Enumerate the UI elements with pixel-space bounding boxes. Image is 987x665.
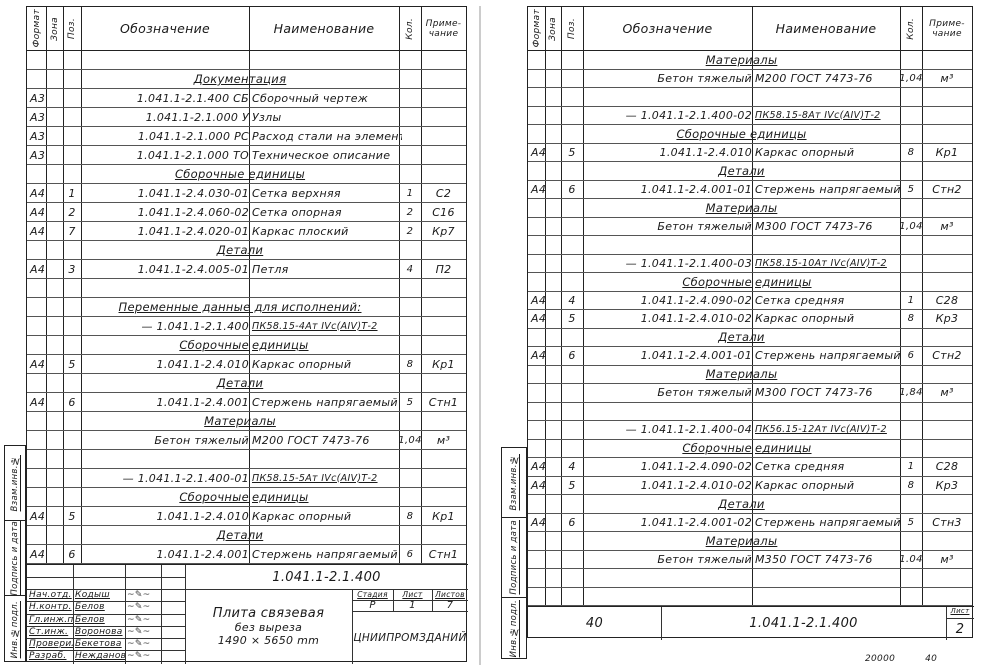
cell-designation: 1.041.1-2.4.010-02	[583, 477, 756, 495]
stamp-role: Разраб.	[29, 650, 73, 662]
cell-name: Сетка средняя	[752, 292, 903, 310]
section-heading-row: Сборочныеединицы	[528, 440, 972, 459]
cell-pos	[63, 89, 81, 107]
cell-note: м³	[421, 431, 466, 449]
table-row: А461.041.1-2.4.001-01Стержень напрягаемы…	[528, 181, 972, 200]
cell-zone	[46, 507, 63, 525]
section-heading: Материалы	[583, 199, 900, 217]
cell-qty	[399, 146, 421, 164]
cell-qty: 1,04	[900, 218, 922, 236]
cell-name: Стержень напрягаемый	[752, 181, 903, 199]
section-heading-text: Детали	[718, 497, 764, 511]
cell-zone	[46, 431, 63, 449]
signature: ~✎~	[127, 626, 151, 638]
cell-name: М300 ГОСТ 7473-76	[752, 384, 903, 402]
cell-name: Петля	[249, 260, 402, 278]
section-heading: Материалы	[583, 51, 900, 69]
blank-row	[528, 403, 972, 422]
cell-pos: 5	[63, 507, 81, 525]
section-heading-text: Детали	[718, 330, 764, 344]
cell-qty	[399, 469, 421, 487]
cell-note: м³	[922, 218, 972, 236]
cell-zone	[545, 551, 561, 569]
section-heading-row: Сборочныеединицы	[27, 336, 466, 355]
cell-designation: 1.041.1-2.4.001-01	[583, 181, 756, 199]
cell-zone	[46, 127, 63, 145]
cell-zone	[46, 146, 63, 164]
table-row: А441.041.1-2.4.090-02Сетка средняя1С28	[528, 458, 972, 477]
cell-designation: 1.041.1-2.4.090-02	[583, 292, 756, 310]
section-heading: Детали	[583, 162, 900, 180]
section-heading-text: единицы	[755, 275, 812, 289]
header-format-label: Формат	[532, 9, 542, 47]
section-heading-row: Материалы	[528, 51, 972, 70]
cell-note	[421, 469, 466, 487]
section-heading-row: Сборочные единицы	[27, 165, 466, 184]
cell-designation: 1.041.1-2.1.000 У	[81, 108, 253, 126]
cell-pos: 1	[63, 184, 81, 202]
section-heading-left: Сборочные	[81, 488, 253, 506]
cell-pos: 6	[561, 181, 583, 199]
cell-name: Каркас опорный	[752, 144, 903, 162]
footer-document-code: 1.041.1-2.1.400	[661, 607, 946, 640]
cell-zone	[46, 469, 63, 487]
cell-name: Стержень напрягаемый	[752, 347, 903, 365]
side-stamp-label: Подпись и дата	[509, 520, 519, 595]
cell-qty: 5	[399, 393, 421, 411]
section-heading-text: Детали	[217, 243, 263, 257]
cell-qty: 8	[399, 507, 421, 525]
cell-designation: Бетон тяжелый	[583, 551, 756, 569]
table-row: А461.041.1-2.4.001Стержень напрягаемый5С…	[27, 393, 466, 412]
section-heading-text: Материалы	[706, 534, 778, 548]
cell-name: Узлы	[249, 108, 402, 126]
cell-name: Сборочный чертеж	[249, 89, 402, 107]
footer-left-code: 40	[528, 607, 661, 640]
cell-designation: 1.041.1-2.4.001-02	[583, 514, 756, 532]
cell-note: м³	[922, 384, 972, 402]
section-heading-text: Материалы	[706, 201, 778, 215]
section-heading-right: единицы	[752, 440, 903, 458]
table-row: А31.041.1-2.1.400 СБСборочный чертеж	[27, 89, 466, 108]
cell-qty: 8	[900, 144, 922, 162]
cell-note	[421, 89, 466, 107]
cell-name: Каркас плоский	[249, 222, 402, 240]
section-heading: Детали	[81, 374, 399, 392]
cell-note	[922, 255, 972, 273]
cell-pos: 4	[561, 292, 583, 310]
section-heading-left: Сборочные	[583, 440, 756, 458]
cell-qty: 8	[900, 310, 922, 328]
cell-zone	[46, 222, 63, 240]
stamp-role: Нач.отд.	[29, 589, 73, 601]
signature: ~✎~	[127, 638, 151, 650]
table-row: Бетон тяжелыйМ200 ГОСТ 7473-761,04м³	[528, 70, 972, 89]
spec-sheet-page-2: ФорматЗонаПоз.ОбозначениеНаименованиеКол…	[480, 0, 987, 665]
cell-name: М200 ГОСТ 7473-76	[249, 431, 402, 449]
cell-name: ПК58.15-5Ат IVс(АIV)Т-2	[249, 469, 402, 487]
table-row: А451.041.1-2.4.010Каркас опорный8Кр1	[528, 144, 972, 163]
section-heading-text: Сборочные	[179, 338, 249, 352]
section-heading: Переменные данные для исполнений:	[81, 298, 399, 316]
cell-note: Кр3	[922, 477, 972, 495]
header-pos: Поз.	[561, 7, 583, 50]
cell-name: Сетка средняя	[752, 458, 903, 476]
cell-name: Расход стали на элемент	[249, 127, 402, 145]
section-heading-row: Материалы	[27, 412, 466, 431]
section-heading-text: Материалы	[204, 414, 276, 428]
signature: ~✎~	[127, 601, 151, 613]
table-row: А451.041.1-2.4.010Каркас опорный8Кр1	[27, 355, 466, 374]
cell-pos: 5	[63, 355, 81, 373]
stamp-sheet-label: Лист	[393, 589, 432, 600]
cell-pos: 2	[63, 203, 81, 221]
blank-row	[528, 236, 972, 255]
table-row: — 1.041.1-2.1.400-02ПК58.15-8Ат IVс(АIV)…	[528, 107, 972, 126]
cell-qty: 1	[399, 184, 421, 202]
cell-zone	[545, 477, 561, 495]
side-stamp-label: Взам.инв.№	[10, 455, 20, 511]
header-designation: Обозначение	[81, 7, 249, 50]
side-stamp-strip: Взам.инв.№Подпись и датаИнв.№подл.	[501, 447, 527, 659]
table-row: А461.041.1-2.4.001-01Стержень напрягаемы…	[528, 347, 972, 366]
cell-name: ПК58.15-8Ат IVс(АIV)Т-2	[752, 107, 903, 125]
footer-sheet-number: 2	[946, 618, 974, 640]
header-zone: Зона	[46, 7, 63, 50]
cell-pos	[63, 317, 81, 335]
table-row: — 1.041.1-2.1.400-04ПК56.15-12Ат IVс(АIV…	[528, 421, 972, 440]
cell-name: Стержень напрягаемый	[249, 545, 402, 563]
section-heading-text: Переменные данные для исполнений:	[119, 300, 362, 314]
stamp-surname: Нежданова	[75, 650, 125, 662]
cell-qty: 1	[900, 292, 922, 310]
header-pos-label: Поз.	[567, 18, 577, 39]
header-format-label: Формат	[32, 9, 42, 47]
table-row: Бетон тяжелыйМ350 ГОСТ 7473-761.04м³	[528, 551, 972, 570]
section-heading-row: Материалы	[528, 532, 972, 551]
cell-note: П2	[421, 260, 466, 278]
section-heading-text: Сборочные	[682, 275, 752, 289]
cell-qty: 1.04	[900, 551, 922, 569]
cell-qty: 8	[900, 477, 922, 495]
section-heading-text: единицы	[252, 338, 309, 352]
section-heading-row: Материалы	[528, 199, 972, 218]
table-row: А441.041.1-2.4.090-02Сетка средняя1С28	[528, 292, 972, 311]
cell-qty	[399, 108, 421, 126]
table-row: А461.041.1-2.4.001Стержень напрягаемый6С…	[27, 545, 466, 564]
stamp-sheets-label: Листов	[432, 589, 468, 600]
cell-pos	[561, 384, 583, 402]
header-qty: Кол.	[900, 7, 922, 50]
cell-designation: 1.041.1-2.4.001	[81, 393, 253, 411]
spec-table-page-2: ФорматЗонаПоз.ОбозначениеНаименованиеКол…	[527, 6, 973, 638]
cell-note: С28	[922, 292, 972, 310]
blank-row	[528, 88, 972, 107]
cell-name: Стержень напрягаемый	[249, 393, 402, 411]
table-header: ФорматЗонаПоз.ОбозначениеНаименованиеКол…	[528, 7, 972, 51]
cell-designation: — 1.041.1-2.1.400-04	[583, 421, 756, 439]
cell-qty: 5	[900, 181, 922, 199]
section-heading-text: Сборочные единицы	[676, 127, 806, 141]
cell-qty	[399, 127, 421, 145]
section-heading-text: Детали	[718, 164, 764, 178]
cell-designation: 1.041.1-2.4.010	[81, 355, 253, 373]
table-row: А421.041.1-2.4.060-02Сетка опорная2С16	[27, 203, 466, 222]
cell-note: Стн2	[922, 181, 972, 199]
section-heading-text: единицы	[252, 490, 309, 504]
side-stamp-label: Взам.инв.№	[509, 454, 519, 510]
table-row: — 1.041.1-2.1.400-01ПК58.15-5Ат IVс(АIV)…	[27, 469, 466, 488]
stamp-surname: Бекетова	[75, 638, 125, 650]
document-code: 1.041.1-2.1.400	[185, 565, 468, 589]
cell-designation: — 1.041.1-2.1.400	[81, 317, 253, 335]
section-heading-row: Детали	[27, 241, 466, 260]
side-stamp-cell: Взам.инв.№	[5, 446, 25, 521]
cell-qty: 6	[900, 347, 922, 365]
header-pos: Поз.	[63, 7, 81, 50]
cell-pos	[63, 108, 81, 126]
cell-designation: 1.041.1-2.4.010	[81, 507, 253, 525]
cell-zone	[545, 421, 561, 439]
stamp-stage-value: Р	[352, 600, 393, 611]
section-heading-right: единицы	[249, 488, 402, 506]
cell-designation: 1.041.1-2.4.010-02	[583, 310, 756, 328]
section-heading-row: Материалы	[528, 366, 972, 385]
stamp-row-line	[27, 577, 185, 578]
table-row: Бетон тяжелыйМ300 ГОСТ 7473-761,04м³	[528, 218, 972, 237]
side-stamp-label: Инв.№подл.	[10, 601, 20, 658]
cell-designation: 1.041.1-2.4.005-01	[81, 260, 253, 278]
section-heading: Детали	[81, 526, 399, 544]
cell-pos: 6	[63, 545, 81, 563]
cell-qty	[900, 255, 922, 273]
cell-zone	[46, 184, 63, 202]
section-heading-text: Сборочные единицы	[175, 167, 305, 181]
blank-row	[528, 569, 972, 588]
section-heading-row: Детали	[27, 374, 466, 393]
header-name: Наименование	[249, 7, 399, 50]
blank-row	[27, 279, 466, 298]
cell-note	[922, 107, 972, 125]
cell-designation: 1.041.1-2.4.090-02	[583, 458, 756, 476]
cell-designation: Бетон тяжелый	[81, 431, 253, 449]
stamp-stage-label: Стадия	[352, 589, 393, 600]
stamp-surname: Кодыш	[75, 589, 125, 601]
cell-note: м³	[922, 70, 972, 88]
cell-designation: Бетон тяжелый	[583, 70, 756, 88]
stamp-role: Н.контр.	[29, 601, 73, 613]
section-heading-row: Сборочныеединицы	[528, 273, 972, 292]
cell-note	[421, 127, 466, 145]
cell-designation: 1.041.1-2.1.000 ТО	[81, 146, 253, 164]
section-heading-text: Детали	[217, 528, 263, 542]
stamp-sheets-value: 7	[432, 600, 468, 611]
table-row: — 1.041.1-2.1.400-03ПК58.15-10Ат IVс(АIV…	[528, 255, 972, 274]
cell-note: м³	[922, 551, 972, 569]
cell-qty: 2	[399, 222, 421, 240]
side-stamp-cell: Инв.№подл.	[502, 598, 526, 660]
cell-pos: 7	[63, 222, 81, 240]
cell-qty	[900, 107, 922, 125]
organization: ЦНИИПРОМЗДАНИЙ	[352, 611, 468, 664]
section-heading-right: единицы	[752, 273, 903, 291]
section-heading: Сборочные единицы	[583, 125, 900, 143]
cell-designation: 1.041.1-2.4.010	[583, 144, 756, 162]
section-heading-row: Детали	[27, 526, 466, 545]
cell-note: Стн1	[421, 545, 466, 563]
cell-name: ПК58.15-10Ат IVс(АIV)Т-2	[752, 255, 903, 273]
cell-pos: 3	[63, 260, 81, 278]
cell-note	[421, 108, 466, 126]
cell-pos	[561, 107, 583, 125]
section-heading-text: Детали	[217, 376, 263, 390]
cell-zone	[545, 347, 561, 365]
header-format: Формат	[27, 7, 46, 50]
cell-designation: 1.041.1-2.4.001-01	[583, 347, 756, 365]
cell-pos: 5	[561, 144, 583, 162]
stamp-role: Ст.инж.	[29, 626, 73, 638]
cell-zone	[46, 317, 63, 335]
section-heading-text: Сборочные	[682, 441, 752, 455]
cell-qty: 2	[399, 203, 421, 221]
cell-name: М350 ГОСТ 7473-76	[752, 551, 903, 569]
table-row: А471.041.1-2.4.020-01Каркас плоский2Кр7	[27, 222, 466, 241]
table-row: Бетон тяжелыйМ200 ГОСТ 7473-761,04м³	[27, 431, 466, 450]
cell-zone	[46, 108, 63, 126]
header-qty: Кол.	[399, 7, 421, 50]
cell-zone	[545, 181, 561, 199]
cell-designation: 1.041.1-2.4.020-01	[81, 222, 253, 240]
cell-name: М200 ГОСТ 7473-76	[752, 70, 903, 88]
cell-zone	[545, 514, 561, 532]
header-format: Формат	[528, 7, 545, 50]
header-designation-label: Обозначение	[120, 21, 210, 36]
spec-sheet-page-1: ФорматЗонаПоз.ОбозначениеНаименованиеКол…	[0, 0, 479, 665]
cell-note: С2	[421, 184, 466, 202]
cell-zone	[545, 218, 561, 236]
cell-designation: 1.041.1-2.1.000 РС	[81, 127, 253, 145]
stamp-role: Проверил	[29, 638, 73, 650]
cell-name: Каркас опорный	[752, 477, 903, 495]
cell-pos	[561, 551, 583, 569]
cell-designation: — 1.041.1-2.1.400-01	[81, 469, 253, 487]
cell-zone	[545, 107, 561, 125]
section-heading: Детали	[583, 495, 900, 513]
signature: ~✎~	[127, 614, 151, 626]
table-row: Бетон тяжелыйМ300 ГОСТ 7473-761,84м³	[528, 384, 972, 403]
stamp-role: Гл.инж.пр.	[29, 614, 73, 626]
stamp-surname: Белов	[75, 614, 125, 626]
cell-qty	[900, 421, 922, 439]
header-zone-label: Зона	[548, 17, 558, 41]
header-note-label: Приме-чание	[922, 19, 972, 39]
footer-sheet-label: Лист	[946, 607, 974, 618]
cell-pos	[561, 421, 583, 439]
header-designation: Обозначение	[583, 7, 752, 50]
section-heading-row: Сборочные единицы	[528, 125, 972, 144]
spec-table-page-1: ФорматЗонаПоз.ОбозначениеНаименованиеКол…	[26, 6, 467, 662]
cell-pos: 6	[561, 347, 583, 365]
cell-zone	[46, 393, 63, 411]
cell-name: Сетка опорная	[249, 203, 402, 221]
section-heading-text: Сборочные	[179, 490, 249, 504]
header-zone: Зона	[545, 7, 561, 50]
blank-row	[528, 588, 972, 607]
cell-designation: 1.041.1-2.4.001	[81, 545, 253, 563]
section-heading-row: Детали	[528, 495, 972, 514]
side-stamp-cell: Подпись и дата	[5, 521, 25, 596]
cell-pos	[63, 431, 81, 449]
cell-qty: 8	[399, 355, 421, 373]
header-zone-label: Зона	[50, 17, 60, 41]
cell-note: Стн1	[421, 393, 466, 411]
cell-designation: 1.041.1-2.1.400 СБ	[81, 89, 253, 107]
side-stamp-label: Подпись и дата	[10, 521, 20, 596]
cell-qty: 1,04	[900, 70, 922, 88]
stray-mark: 20000	[865, 654, 895, 664]
table-row: А411.041.1-2.4.030-01Сетка верхняя1С2	[27, 184, 466, 203]
cell-name: Стержень напрягаемый	[752, 514, 903, 532]
stamp-surname: Белов	[75, 601, 125, 613]
cell-zone	[545, 292, 561, 310]
header-name: Наименование	[752, 7, 900, 50]
table-row: — 1.041.1-2.1.400ПК58.15-4Ат IVс(АIV)Т-2	[27, 317, 466, 336]
table-row: А461.041.1-2.4.001-02Стержень напрягаемы…	[528, 514, 972, 533]
product-name-line: без выреза	[235, 621, 302, 634]
stray-marks: 2000040	[865, 654, 937, 664]
cell-qty: 5	[900, 514, 922, 532]
cell-pos	[63, 146, 81, 164]
side-stamp-strip: Взам.инв.№Подпись и датаИнв.№подл.	[4, 445, 26, 662]
cell-note: Кр1	[421, 507, 466, 525]
section-heading-text: единицы	[755, 441, 812, 455]
cell-zone	[545, 384, 561, 402]
section-heading: Сборочные единицы	[81, 165, 399, 183]
cell-qty	[399, 89, 421, 107]
section-heading: Материалы	[583, 366, 900, 384]
side-stamp-label: Инв.№подл.	[509, 600, 519, 657]
section-heading-row: Детали	[528, 329, 972, 348]
section-heading: Детали	[583, 329, 900, 347]
table-header: ФорматЗонаПоз.ОбозначениеНаименованиеКол…	[27, 7, 466, 51]
cell-name: Сетка верхняя	[249, 184, 402, 202]
cell-note: Кр1	[922, 144, 972, 162]
section-heading-left: Сборочные	[583, 273, 756, 291]
cell-pos	[63, 127, 81, 145]
section-heading-text: Документация	[194, 72, 287, 86]
header-note-label: Приме-чание	[421, 19, 466, 39]
cell-note	[421, 317, 466, 335]
header-name-label: Наименование	[274, 21, 375, 36]
blank-row	[27, 51, 466, 70]
cell-name: ПК56.15-12Ат IVс(АIV)Т-2	[752, 421, 903, 439]
cell-name: Каркас опорный	[249, 507, 402, 525]
header-name-label: Наименование	[776, 21, 877, 36]
table-row: А451.041.1-2.4.010-02Каркас опорный8Кр3	[528, 310, 972, 329]
cell-designation: Бетон тяжелый	[583, 384, 756, 402]
cell-designation: Бетон тяжелый	[583, 218, 756, 236]
cell-designation: 1.041.1-2.4.060-02	[81, 203, 253, 221]
cell-qty: 1,04	[399, 431, 421, 449]
cell-qty: 1	[900, 458, 922, 476]
table-row: А31.041.1-2.1.000 УУзлы	[27, 108, 466, 127]
section-heading-row: Переменные данные для исполнений:	[27, 298, 466, 317]
stamp-sheet-value: 1	[393, 600, 432, 611]
section-heading: Детали	[81, 241, 399, 259]
header-note: Приме-чание	[421, 7, 466, 50]
cell-zone	[545, 458, 561, 476]
cell-pos: 5	[561, 477, 583, 495]
